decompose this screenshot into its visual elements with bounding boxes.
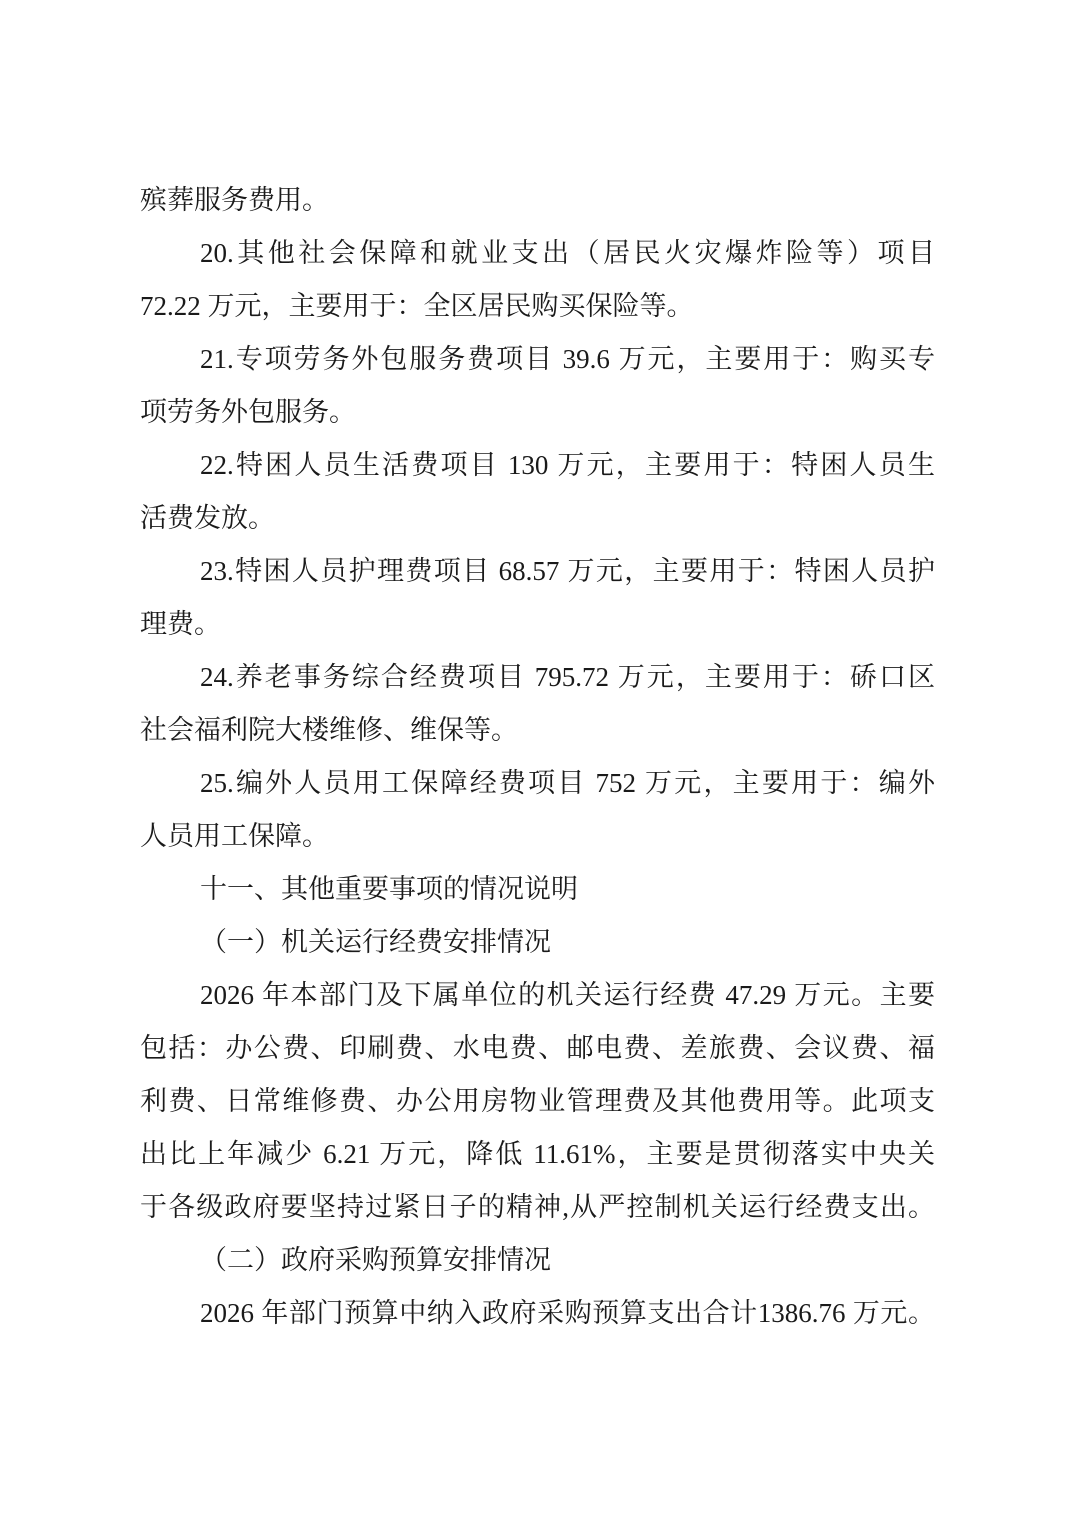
text-line: 社会福利院大楼维修、维保等。 [140,704,935,757]
text-line: 2026 年部门预算中纳入政府采购预算支出合计1386.76 万元。 [140,1287,935,1340]
text-line: 包括：办公费、印刷费、水电费、邮电费、差旅费、会议费、福 [140,1022,935,1075]
text-line: 2026 年本部门及下属单位的机关运行经费 47.29 万元。主要 [140,969,935,1022]
text-line: 于各级政府要坚持过紧日子的精神,从严控制机关运行经费支出。 [140,1181,935,1234]
text-line: 项劳务外包服务。 [140,386,935,439]
subsection-heading: （一）机关运行经费安排情况 [140,916,935,969]
text-line: 72.22 万元，主要用于：全区居民购买保险等。 [140,280,935,333]
subsection-heading: （二）政府采购预算安排情况 [140,1234,935,1287]
text-line: 出比上年减少 6.21 万元，降低 11.61%，主要是贯彻落实中央关 [140,1128,935,1181]
text-line: 21.专项劳务外包服务费项目 39.6 万元，主要用于：购买专 [140,333,935,386]
text-line: 23.特困人员护理费项目 68.57 万元，主要用于：特困人员护 [140,545,935,598]
text-line: 20.其他社会保障和就业支出（居民火灾爆炸险等）项目 [140,227,935,280]
text-line: 24.养老事务综合经费项目 795.72 万元，主要用于：硚口区 [140,651,935,704]
text-line: 22.特困人员生活费项目 130 万元，主要用于：特困人员生 [140,439,935,492]
text-line: 25.编外人员用工保障经费项目 752 万元，主要用于：编外 [140,757,935,810]
document-page: 殡葬服务费用。 20.其他社会保障和就业支出（居民火灾爆炸险等）项目 72.22… [0,0,1074,1520]
text-line: 活费发放。 [140,492,935,545]
text-line: 利费、日常维修费、办公用房物业管理费及其他费用等。此项支 [140,1075,935,1128]
text-line: 殡葬服务费用。 [140,174,935,227]
section-heading: 十一、其他重要事项的情况说明 [140,863,935,916]
text-line: 人员用工保障。 [140,810,935,863]
text-line: 理费。 [140,598,935,651]
